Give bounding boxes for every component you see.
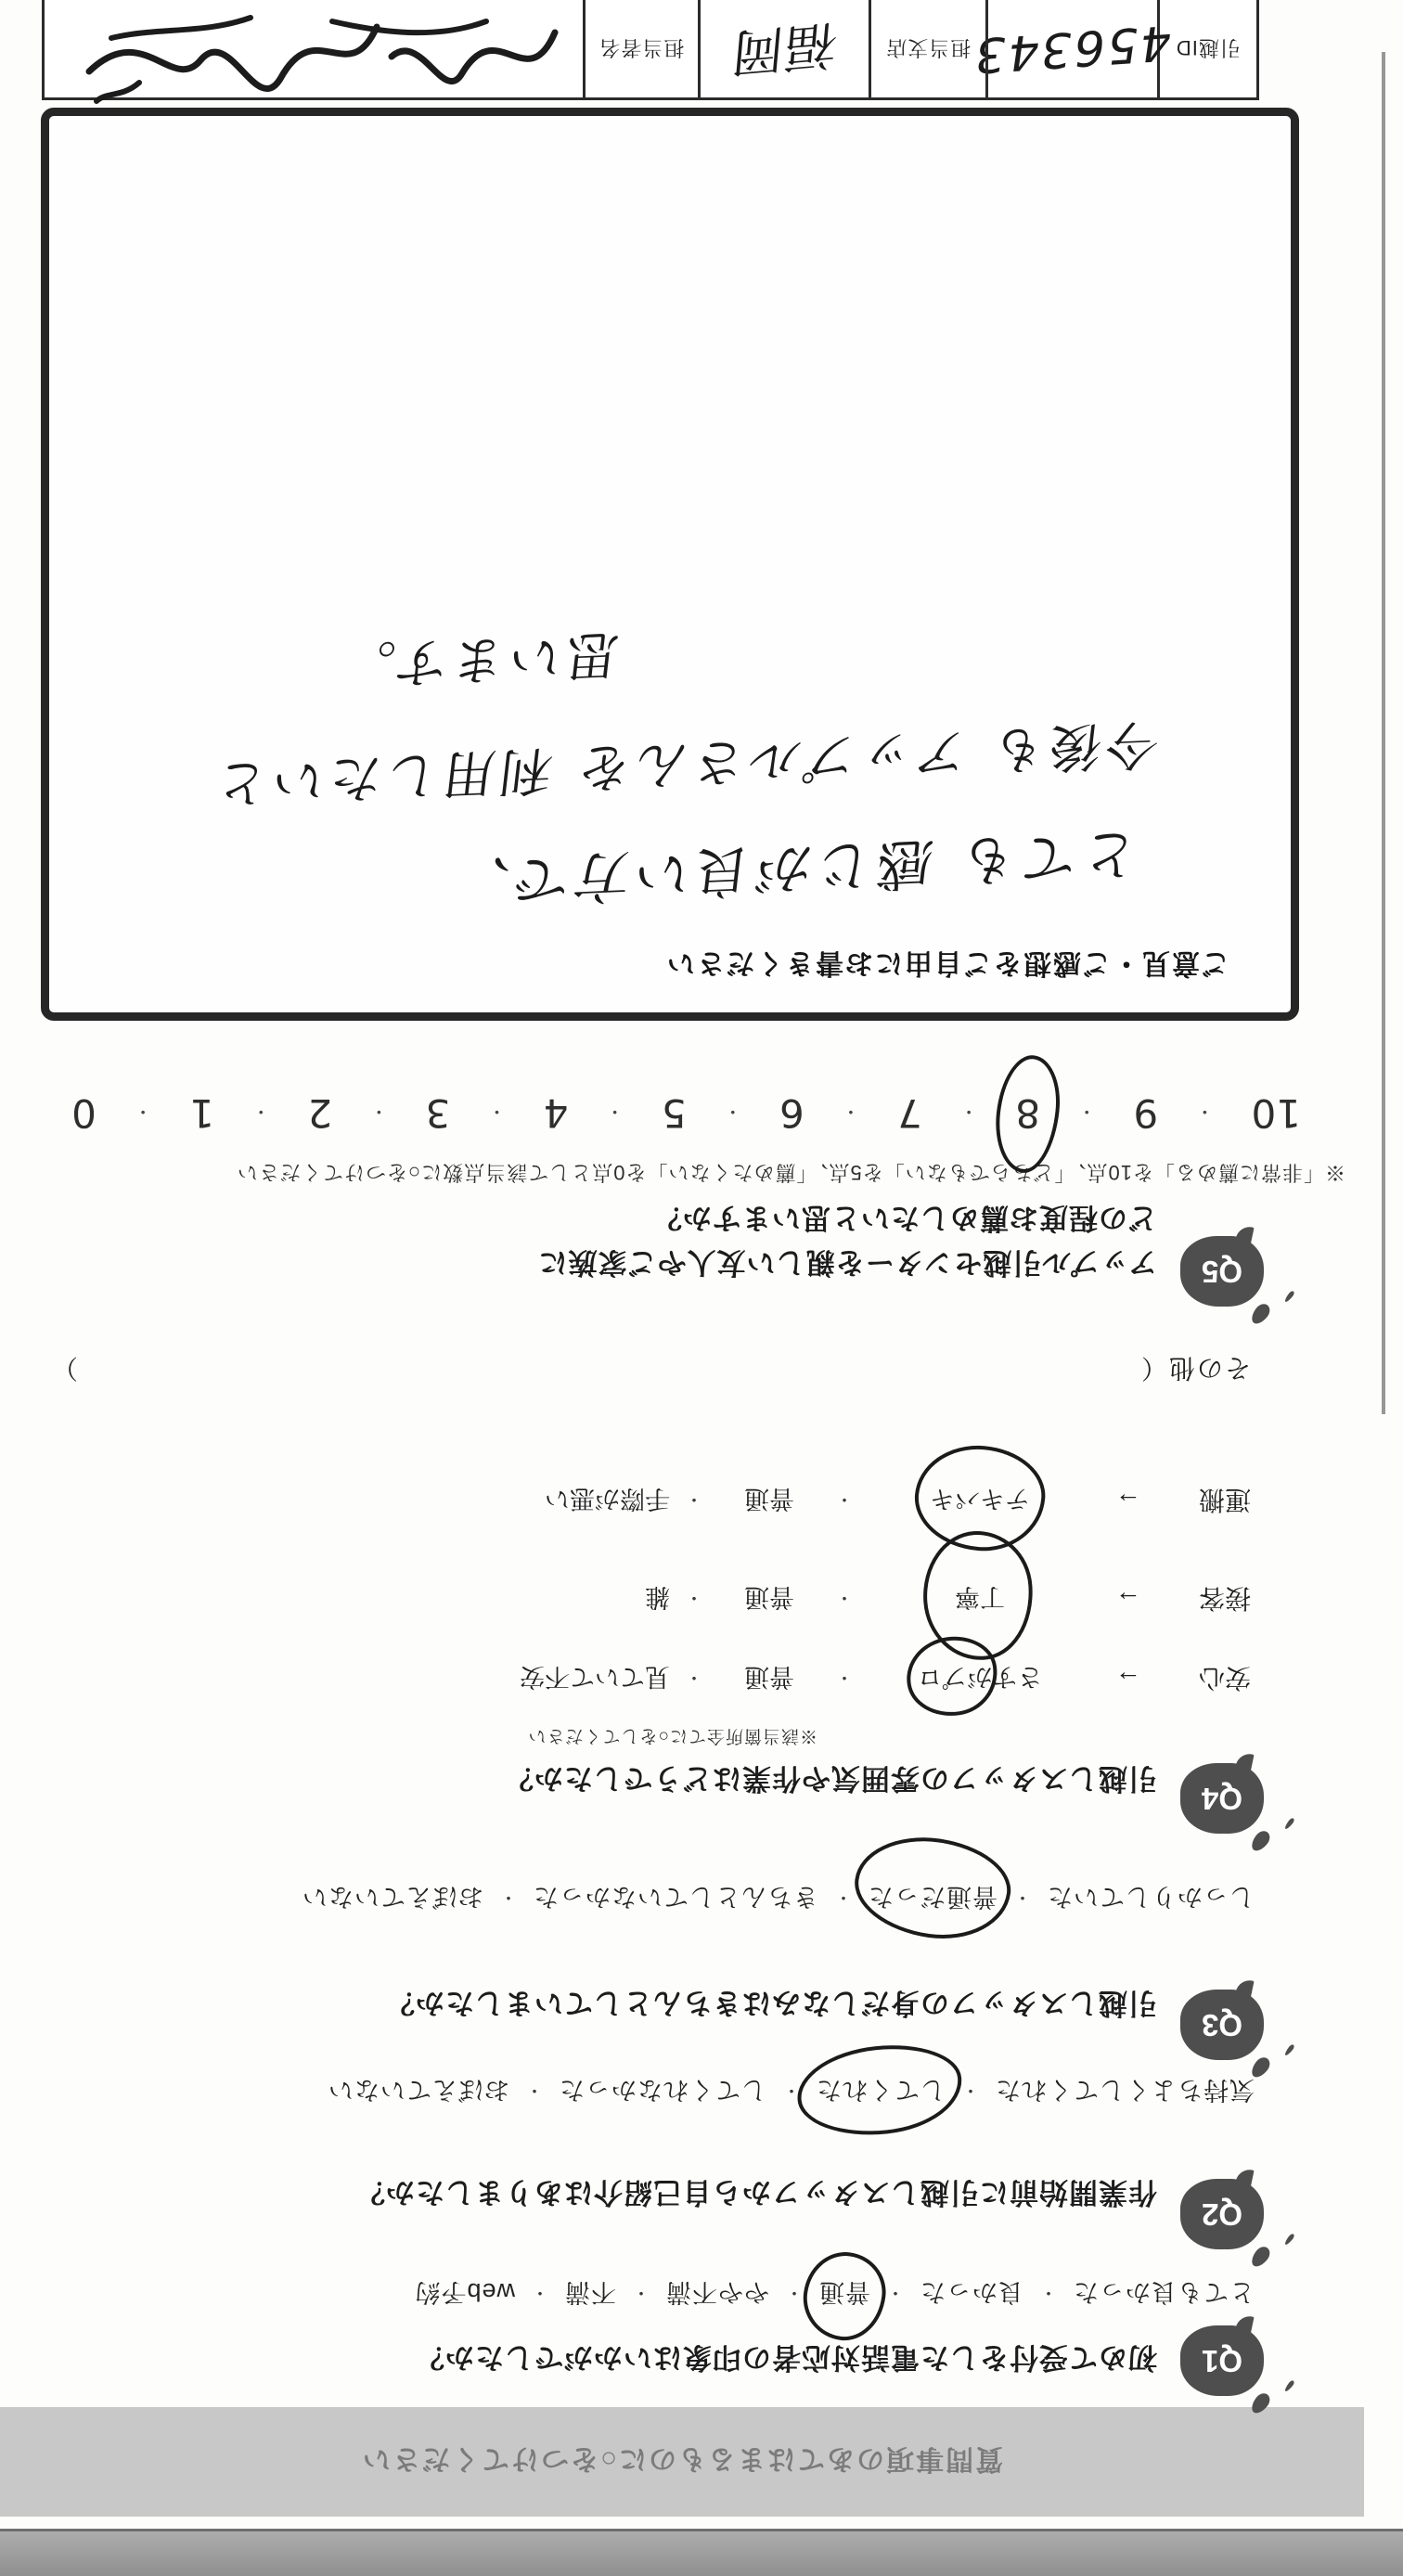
footer-id-table: 引越ID 456343 担当支店 福岡 担当者名 bbox=[42, 0, 1259, 100]
q4-category: 接客 bbox=[1165, 1581, 1251, 1618]
q4-note: ※該当箇所全てに○をしてください bbox=[528, 1725, 817, 1750]
q2-option: してくれなかった bbox=[559, 2074, 766, 2110]
q3-options: しっかりしていた ・ 普通だった ・ きちんとしていなかった ・ おぼえていない bbox=[302, 1881, 1255, 1917]
comment-box: ご意見・ご感想をご自由にお書きください とても 感じが良い方で、 今後も アップ… bbox=[41, 108, 1299, 1021]
option-separator: ・ bbox=[498, 1886, 518, 1913]
q5-title-line2: どの程度お薦めしたいと思いますか？ bbox=[652, 1200, 1157, 1242]
q5-badge-label: Q5 bbox=[1202, 1254, 1242, 1289]
q4-category: 運搬 bbox=[1165, 1483, 1251, 1520]
handwritten-comment-line: 今後も アップルさんを 利用したいと bbox=[206, 710, 1163, 825]
scanner-background-strip bbox=[0, 2531, 1403, 2576]
table-cell-label: 担当支店 bbox=[871, 0, 988, 97]
q4-option: 雑 bbox=[645, 1582, 670, 1618]
q4-option-circled: 丁寧 bbox=[955, 1582, 1005, 1618]
q2-badge-label: Q2 bbox=[1202, 2196, 1242, 2232]
q4-option-circled: テキパキ bbox=[930, 1484, 1030, 1520]
handwritten-moving-id: 456343 bbox=[970, 14, 1176, 84]
other-option-close-paren: ） bbox=[52, 1351, 78, 1388]
scale-value: 10 bbox=[1252, 1090, 1301, 1136]
scale-separator: ・ bbox=[251, 1100, 270, 1127]
q1-badge: Q1 bbox=[1180, 2325, 1264, 2396]
option-separator: ・ bbox=[784, 2281, 804, 2308]
q2-option-circled: してくれた bbox=[816, 2074, 946, 2110]
option-separator: ・ bbox=[685, 1667, 703, 1694]
arrow-right-icon: → bbox=[1091, 1487, 1165, 1516]
scale-value: 7 bbox=[897, 1090, 922, 1136]
q4-badge-label: Q4 bbox=[1202, 1781, 1242, 1816]
scale-separator: ・ bbox=[1195, 1100, 1214, 1127]
q4-badge: Q4 bbox=[1180, 1763, 1264, 1834]
option-separator: ・ bbox=[685, 1488, 703, 1515]
scale-value: 2 bbox=[307, 1090, 332, 1136]
q1-option: 不満 bbox=[564, 2276, 616, 2312]
upside-down-sheet: 質問事項のあてはまるものに○をつけてください Q1 初めて受付をした電話対応者の… bbox=[0, 0, 1403, 2576]
scale-separator: ・ bbox=[369, 1100, 388, 1127]
scale-value: 4 bbox=[544, 1090, 569, 1136]
scale-separator: ・ bbox=[1077, 1100, 1096, 1127]
handwritten-comment-line: 思います。 bbox=[333, 620, 622, 706]
option-separator: ・ bbox=[1038, 2281, 1058, 2308]
q4-title: 引越しスタッフの雰囲気や作業はどうでしたか？ bbox=[504, 1760, 1157, 1802]
moving-id-label: 引越ID bbox=[1176, 34, 1241, 63]
q1-title: 初めて受付をした電話対応者の印象はいかがでしたか？ bbox=[415, 2339, 1157, 2381]
q1-option: とても良かった bbox=[1073, 2276, 1255, 2312]
q4-option: 見ていて不安 bbox=[520, 1662, 670, 1698]
option-separator: ・ bbox=[960, 2079, 980, 2106]
q3-option: おぼえていない bbox=[302, 1881, 483, 1917]
scale-value: 0 bbox=[71, 1090, 97, 1136]
q2-title: 作業開始前に引越しスタッフから自己紹介はありましたか？ bbox=[355, 2174, 1157, 2216]
q3-option: しっかりしていた bbox=[1047, 1881, 1255, 1917]
scale-separator: ・ bbox=[488, 1100, 507, 1127]
scale-value: 9 bbox=[1133, 1090, 1158, 1136]
q1-option: web予約 bbox=[414, 2276, 515, 2312]
q3-option: きちんとしていなかった bbox=[533, 1881, 818, 1917]
q4-option-circled: さすがプロ bbox=[918, 1662, 1043, 1698]
page-edge-shadow bbox=[1382, 52, 1385, 1414]
other-option-label: その他（ bbox=[1139, 1351, 1251, 1388]
q4-row-anshin: 安心 → さすがプロ ・ 普通 ・ 見ていて不安 bbox=[520, 1661, 1251, 1698]
scale-value-circled: 8 bbox=[1015, 1090, 1040, 1136]
arrow-right-icon: → bbox=[1091, 1665, 1165, 1694]
table-cell-label: 担当者名 bbox=[586, 0, 701, 97]
scale-separator: ・ bbox=[724, 1100, 742, 1127]
option-separator: ・ bbox=[1012, 1886, 1032, 1913]
instruction-bar: 質問事項のあてはまるものに○をつけてください bbox=[0, 2407, 1364, 2517]
scanned-survey-page: 質問事項のあてはまるものに○をつけてください Q1 初めて受付をした電話対応者の… bbox=[0, 0, 1403, 2576]
option-separator: ・ bbox=[835, 1488, 854, 1515]
recommendation-scale: 10 ・ 9 ・ 8 ・ 7 ・ 6 ・ 5 ・ 4 ・ 3 ・ 2 ・ 1 ・… bbox=[71, 1090, 1301, 1136]
branch-label: 担当支店 bbox=[885, 34, 971, 63]
option-separator: ・ bbox=[833, 1886, 853, 1913]
q5-badge: Q5 bbox=[1180, 1236, 1264, 1307]
comment-box-title: ご意見・ご感想をご自由にお書きください bbox=[665, 946, 1229, 986]
table-cell-value bbox=[45, 0, 586, 97]
scale-separator: ・ bbox=[959, 1100, 978, 1127]
handwritten-branch: 福岡 bbox=[728, 11, 840, 94]
scale-separator: ・ bbox=[134, 1100, 152, 1127]
scale-value: 1 bbox=[189, 1090, 214, 1136]
option-separator: ・ bbox=[524, 2079, 544, 2106]
table-cell-value: 福岡 bbox=[701, 0, 871, 97]
instruction-bar-text: 質問事項のあてはまるものに○をつけてください bbox=[361, 2441, 1003, 2482]
q4-category: 安心 bbox=[1165, 1661, 1251, 1698]
q1-badge-label: Q1 bbox=[1202, 2343, 1242, 2378]
q1-option: やや不満 bbox=[665, 2276, 769, 2312]
q5-title-line1: アップル引越センターを親しい友人やご家族に bbox=[538, 1244, 1157, 1286]
q3-option-circled: 普通だった bbox=[868, 1881, 998, 1917]
q1-options: とても良かった ・ 良かった ・ 普通 ・ やや不満 ・ 不満 ・ web予約 bbox=[414, 2276, 1255, 2312]
scale-value: 6 bbox=[779, 1090, 804, 1136]
q4-option: 普通 bbox=[718, 1582, 820, 1618]
q2-option: おぼえていない bbox=[328, 2074, 509, 2110]
option-separator: ・ bbox=[835, 1667, 854, 1694]
scale-value: 3 bbox=[426, 1090, 451, 1136]
q5-note: ※「非常に薦める」を10点、「どちらでもない」を5点、「薦めたくない」を0点とし… bbox=[237, 1159, 1345, 1188]
staff-name-label: 担当者名 bbox=[599, 34, 684, 63]
option-separator: ・ bbox=[885, 2281, 905, 2308]
q1-option-circled: 普通 bbox=[818, 2276, 870, 2312]
q4-row-unpan: 運搬 → テキパキ ・ 普通 ・ 手際が悪い bbox=[545, 1483, 1251, 1520]
q3-title: 引越しスタッフの身だしなみはきちんとしていましたか？ bbox=[385, 1985, 1157, 2027]
arrow-right-icon: → bbox=[1091, 1585, 1165, 1615]
option-separator: ・ bbox=[781, 2079, 801, 2106]
q2-badge: Q2 bbox=[1180, 2179, 1264, 2249]
option-separator: ・ bbox=[530, 2281, 549, 2308]
handwritten-comment-line: とても 感じが良い方で、 bbox=[444, 818, 1141, 927]
q4-option: 普通 bbox=[718, 1662, 820, 1698]
scale-separator: ・ bbox=[606, 1100, 624, 1127]
handwritten-signature-scribble bbox=[56, 0, 575, 110]
table-cell-value: 456343 bbox=[988, 0, 1160, 97]
scale-separator: ・ bbox=[842, 1100, 860, 1127]
q4-option: 普通 bbox=[718, 1484, 820, 1520]
q1-option: 良かった bbox=[920, 2276, 1023, 2312]
q4-option: 手際が悪い bbox=[545, 1484, 670, 1520]
q2-option: 気持ちよくしてくれた bbox=[995, 2074, 1255, 2110]
option-separator: ・ bbox=[835, 1587, 854, 1614]
option-separator: ・ bbox=[685, 1587, 703, 1614]
q4-row-sekkyaku: 接客 → 丁寧 ・ 普通 ・ 雑 bbox=[645, 1581, 1251, 1618]
q2-options: 気持ちよくしてくれた ・ してくれた ・ してくれなかった ・ おぼえていない bbox=[328, 2074, 1255, 2110]
option-separator: ・ bbox=[631, 2281, 650, 2308]
scale-value: 5 bbox=[662, 1090, 687, 1136]
q3-badge: Q3 bbox=[1180, 1990, 1264, 2060]
q3-badge-label: Q3 bbox=[1202, 2007, 1242, 2042]
